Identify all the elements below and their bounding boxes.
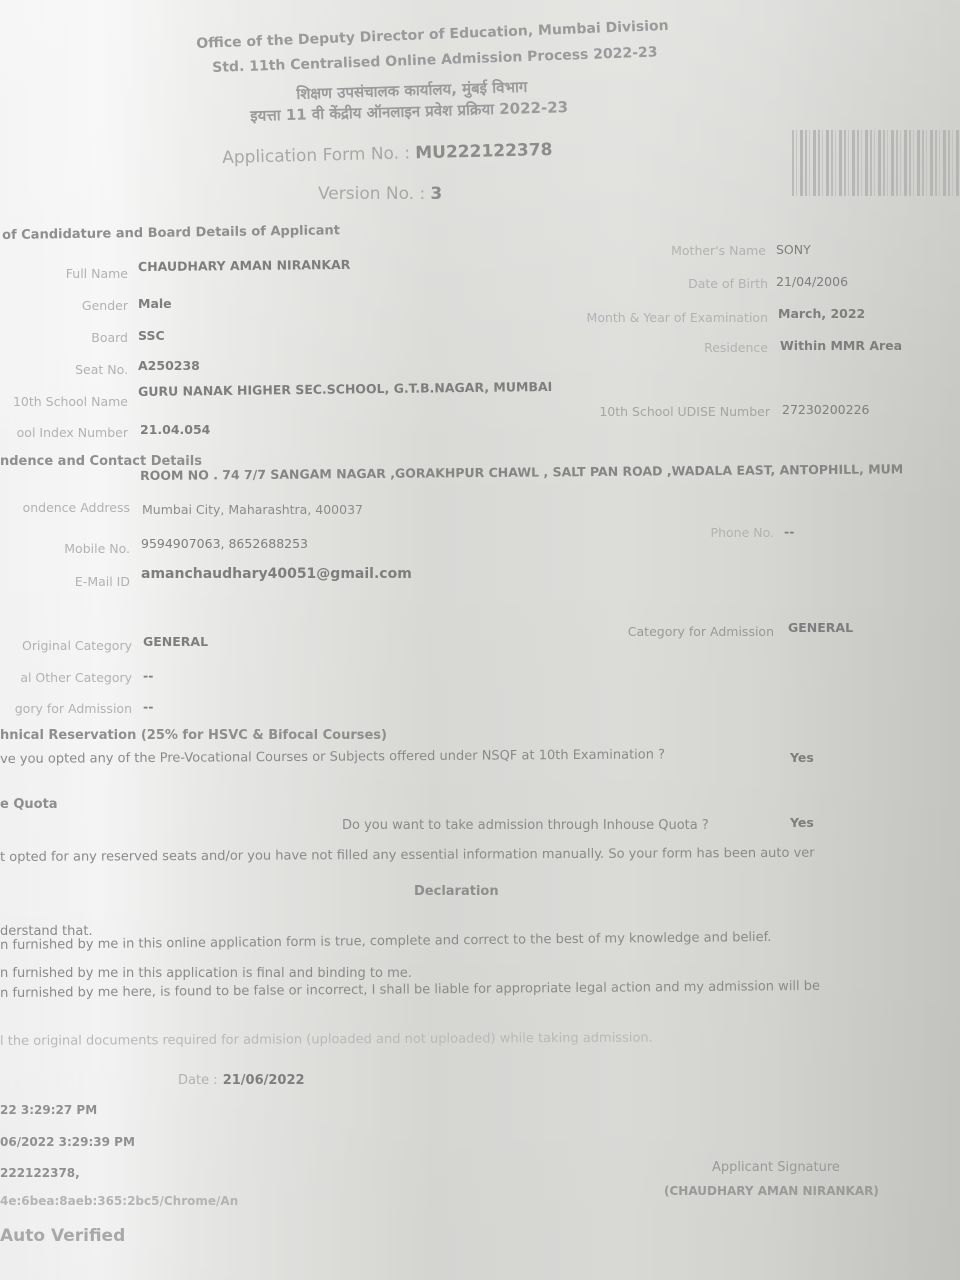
original-category-value: GENERAL — [143, 634, 208, 649]
dob-label: Date of Birth — [688, 276, 768, 291]
declaration-date: Date : 21/06/2022 — [178, 1069, 305, 1088]
seat-no-label: Seat No. — [75, 362, 128, 377]
address-line-1: ROOM NO . 74 7/7 SANGAM NAGAR ,GORAKHPUR… — [140, 461, 903, 483]
version-number: Version No. : 3 — [318, 184, 442, 204]
section-inhouse-quota: e Quota — [0, 797, 58, 812]
board-label: Board — [91, 330, 128, 345]
admission-category-value: GENERAL — [788, 620, 853, 635]
gender-value: Male — [138, 296, 172, 311]
declaration-line-3: n furnished by me here, is found to be f… — [0, 979, 820, 1001]
dob-value: 21/04/2006 — [776, 274, 848, 289]
version-value: 3 — [430, 184, 442, 204]
exam-month-label: Month & Year of Examination — [587, 310, 768, 325]
full-name-label: Full Name — [66, 266, 128, 281]
date-value: 21/06/2022 — [223, 1073, 305, 1088]
address-line-2: Mumbai City, Maharashtra, 400037 — [142, 502, 363, 517]
form-no-label: Application Form No. : — [222, 143, 410, 168]
nsqf-question: ve you opted any of the Pre-Vocational C… — [0, 747, 665, 767]
section-technical-reservation: hnical Reservation (25% for HSVC & Bifoc… — [0, 728, 387, 743]
board-value: SSC — [138, 328, 165, 343]
residence-label: Residence — [704, 340, 768, 355]
residence-value: Within MMR Area — [780, 338, 902, 353]
declaration-line-4: l the original documents required for ad… — [0, 1031, 653, 1049]
declaration-title: Declaration — [414, 884, 499, 899]
other-category-label: al Other Category — [20, 670, 132, 685]
reference-number: 222122378, — [0, 1166, 80, 1180]
auto-verified-status: Auto Verified — [0, 1226, 125, 1246]
device-info: 4e:6bea:8aeb:365:2bc5/Chrome/An — [0, 1194, 238, 1208]
nsqf-answer: Yes — [790, 750, 814, 765]
school-index-value: 21.04.054 — [140, 422, 210, 437]
declaration-line-2: n furnished by me in this application is… — [0, 966, 412, 981]
udise-value: 27230200226 — [782, 402, 869, 417]
email-value: amanchaudhary40051@gmail.com — [141, 566, 412, 582]
gender-label: Gender — [82, 298, 128, 313]
original-category-label: Original Category — [22, 638, 132, 653]
inhouse-answer: Yes — [790, 815, 814, 830]
signature-name: (CHAUDHARY AMAN NIRANKAR) — [664, 1184, 879, 1198]
inhouse-question: Do you want to take admission through In… — [342, 818, 709, 833]
udise-label: 10th School UDISE Number — [599, 404, 770, 419]
header-process: Std. 11th Centralised Online Admission P… — [212, 44, 658, 76]
signature-label: Applicant Signature — [712, 1160, 840, 1175]
date-label: Date : — [178, 1073, 218, 1088]
school-index-label: ool Index Number — [17, 425, 128, 440]
school-name-value: GURU NANAK HIGHER SEC.SCHOOL, G.T.B.NAGA… — [138, 379, 552, 399]
declaration-line-1: n furnished by me in this online applica… — [0, 930, 771, 953]
other-admission-category-label: gory for Admission — [15, 701, 132, 716]
seat-no-value: A250238 — [138, 358, 200, 373]
auto-verified-note: t opted for any reserved seats and/or yo… — [0, 846, 815, 865]
full-name-value: CHAUDHARY AMAN NIRANKAR — [138, 257, 351, 274]
mothers-name-label: Mother's Name — [671, 243, 766, 258]
application-form-number: Application Form No. : MU222122378 — [222, 140, 553, 168]
email-label: E-Mail ID — [75, 574, 130, 589]
school-name-label: 10th School Name — [13, 394, 128, 409]
mobile-value: 9594907063, 8652688253 — [141, 536, 308, 551]
address-label: ondence Address — [23, 500, 130, 515]
section-candidature: of Candidature and Board Details of Appl… — [2, 223, 340, 243]
other-category-value: -- — [143, 668, 153, 683]
barcode — [792, 130, 960, 196]
mobile-label: Mobile No. — [64, 541, 130, 556]
form-no-value: MU222122378 — [415, 140, 553, 163]
other-admission-category-value: -- — [143, 699, 153, 714]
exam-month-value: March, 2022 — [778, 306, 865, 321]
mothers-name-value: SONY — [776, 242, 811, 257]
admission-category-label: Category for Admission — [628, 624, 774, 639]
verified-timestamp: 06/2022 3:29:39 PM — [0, 1135, 135, 1149]
version-label: Version No. : — [318, 184, 425, 204]
phone-value: -- — [784, 524, 794, 539]
submitted-timestamp: 22 3:29:27 PM — [0, 1103, 97, 1117]
phone-label: Phone No. — [711, 525, 774, 540]
